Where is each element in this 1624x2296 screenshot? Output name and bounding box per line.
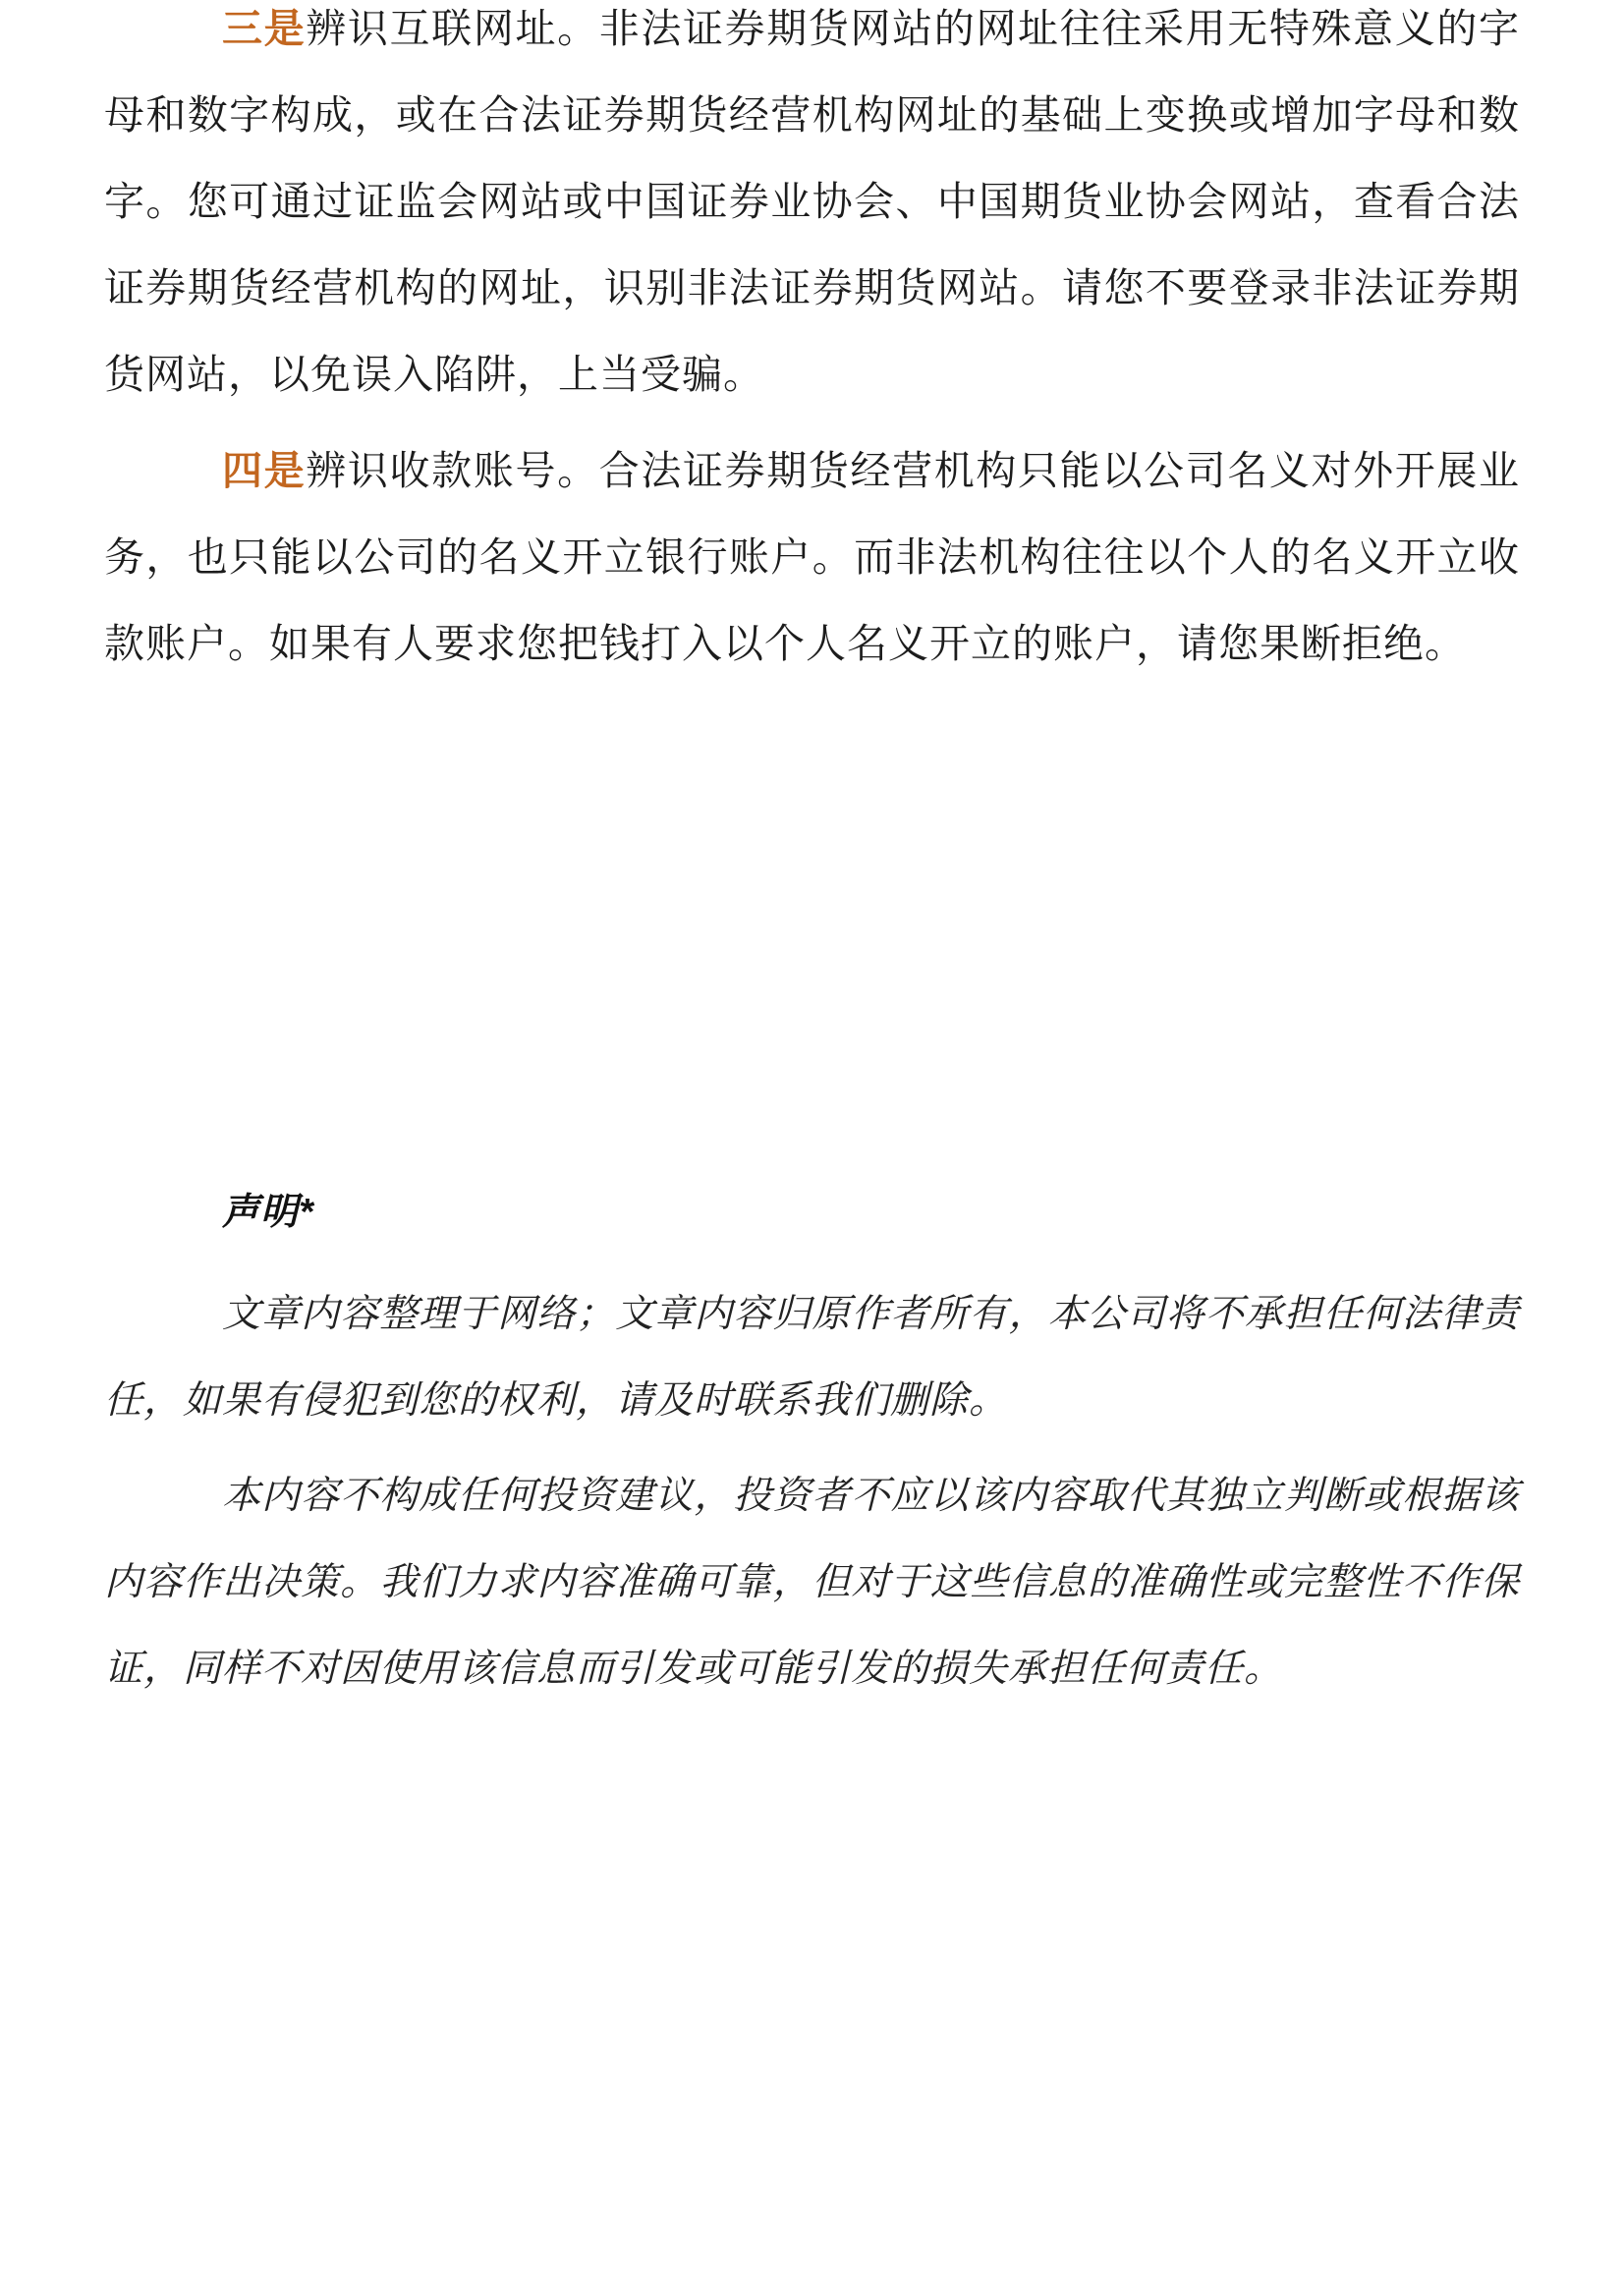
disclaimer-paragraph-source: 文章内容整理于网络；文章内容归原作者所有，本公司将不承担任何法律责任，如果有侵犯… <box>104 1271 1520 1444</box>
blank-space <box>104 687 1520 1190</box>
disclaimer-paragraph-liability: 本内容不构成任何投资建议，投资者不应以该内容取代其独立判断或根据该内容作出决策。… <box>104 1453 1520 1712</box>
paragraph-text-three: 辨识互联网址。非法证券期货网站的网址往往采用无特殊意义的字母和数字构成，或在合法… <box>104 6 1520 397</box>
paragraph-lead-four: 四是 <box>222 448 306 493</box>
paragraph-point-four: 四是辨识收款账号。合法证券期货经营机构只能以公司名义对外开展业务，也只能以公司的… <box>104 427 1520 687</box>
document-page: 三是辨识互联网址。非法证券期货网站的网址往往采用无特殊意义的字母和数字构成，或在… <box>0 0 1624 2296</box>
paragraph-point-three: 三是辨识互联网址。非法证券期货网站的网址往往采用无特殊意义的字母和数字构成，或在… <box>104 0 1520 418</box>
paragraph-text-four: 辨识收款账号。合法证券期货经营机构只能以公司名义对外开展业务，也只能以公司的名义… <box>104 448 1520 666</box>
disclaimer-title: 声明* <box>104 1190 1520 1235</box>
paragraph-lead-three: 三是 <box>222 6 306 51</box>
article-content: 三是辨识互联网址。非法证券期货网站的网址往往采用无特殊意义的字母和数字构成，或在… <box>0 0 1624 1712</box>
